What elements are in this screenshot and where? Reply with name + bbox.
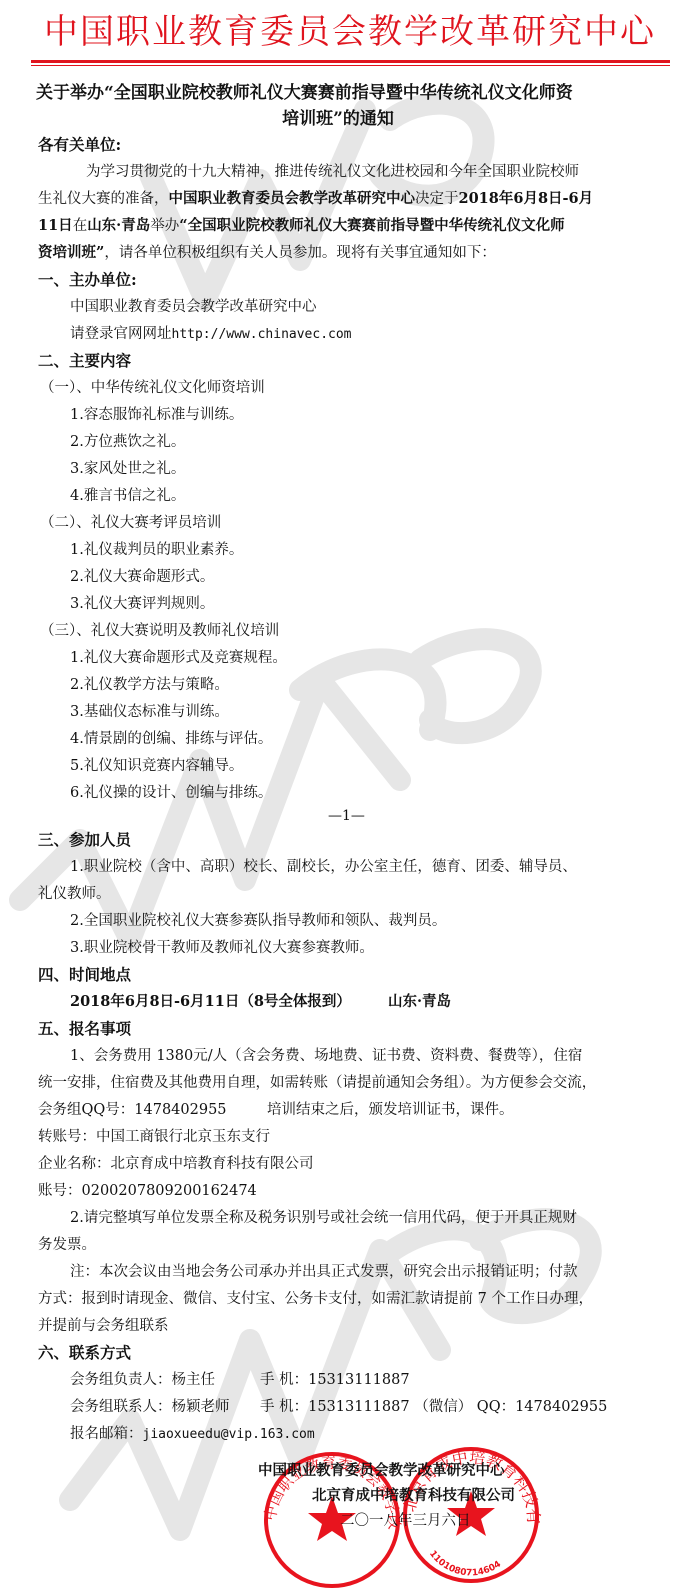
list-item: 2.礼仪大赛命题形式。 [70, 567, 214, 587]
list-item: 6.礼仪操的设计、创编与排练。 [70, 783, 272, 803]
section-contact-heading: 六、联系方式 [38, 1343, 131, 1363]
section-content-heading: 二、主要内容 [38, 351, 131, 371]
list-item: 2.礼仪教学方法与策略。 [70, 675, 229, 695]
intro-line-2: 生礼仪大赛的准备，中国职业教育委员会教学改革研究中心决定于2018年6月8日-6… [38, 189, 593, 209]
fee-line-2: 统一安排，住宿费及其他费用自理，如需转账（请提前通知会务组）。为方便参会交流， [38, 1073, 596, 1093]
masthead-organization: 中国职业教育委员会教学改革研究中心 [30, 10, 670, 54]
fee-line-3-certificate: 培训结束之后，颁发培训证书，课件。 [267, 1100, 514, 1120]
intro-event-name: 资培训班” [38, 244, 104, 261]
list-item: 5.礼仪知识竞赛内容辅导。 [70, 756, 243, 776]
title-line-2: 培训班”的通知 [36, 106, 666, 132]
event-place: 山东·青岛 [388, 992, 451, 1012]
signature-org-1: 中国职业教育委员会教学改革研究中心 [258, 1459, 505, 1480]
intro-organizer: 中国职业教育委员会教学改革研究中心 [169, 190, 416, 207]
notice-title: 关于举办“全国职业院校教师礼仪大赛赛前指导暨中华传统礼仪文化师资 培训班”的通知 [36, 80, 666, 132]
section-participants-heading: 三、参加人员 [38, 830, 131, 850]
participant-item-cont: 礼仪教师。 [38, 884, 111, 904]
intro-text: 决定于 [415, 191, 459, 207]
list-item: 4.雅言书信之礼。 [70, 486, 185, 506]
intro-text: ，请各单位积极组织有关人员参加。现将有关事宜通知如下： [104, 245, 496, 261]
page-number: —1— [328, 806, 365, 826]
intro-text: 在 [73, 218, 88, 234]
contact-1-name: 会务组负责人：杨主任 [70, 1370, 215, 1390]
participant-item: 1.职业院校（含中、高职）校长、副校长，办公室主任，德育、团委、辅导员、 [70, 857, 577, 877]
bank-name: 转账号：中国工商银行北京玉东支行 [38, 1127, 270, 1147]
intro-text: 生礼仪大赛的准备， [38, 191, 169, 207]
list-item: 3.基础仪态标准与训练。 [70, 702, 229, 722]
participant-item: 2.全国职业院校礼仪大赛参赛队指导教师和领队、裁判员。 [70, 911, 446, 931]
invoice-line-2: 务发票。 [38, 1235, 96, 1255]
website-label: 请登录官网网址 [70, 326, 172, 342]
title-line-1: 关于举办“全国职业院校教师礼仪大赛赛前指导暨中华传统礼仪文化师资 [36, 80, 666, 106]
list-item: 1.礼仪大赛命题形式及竞赛规程。 [70, 648, 287, 668]
event-date: 2018年6月8日-6月11日（8号全体报到） [70, 992, 351, 1012]
contact-2-name: 会务组联系人：杨颖老师 [70, 1397, 230, 1417]
intro-line-4: 资培训班”，请各单位积极组织有关人员参加。现将有关事宜通知如下： [38, 243, 496, 263]
list-item: 1.容态服饰礼标准与训练。 [70, 405, 243, 425]
section-organizer-heading: 一、主办单位: [38, 270, 137, 290]
intro-line-3: 11日在山东·青岛举办“全国职业院校教师礼仪大赛赛前指导暨中华传统礼仪文化师 [38, 216, 565, 236]
section-time-place-heading: 四、时间地点 [38, 965, 131, 985]
email-link[interactable]: jiaoxueedu@vip.163.com [143, 1427, 315, 1442]
masthead-divider-thick [31, 60, 670, 63]
note-line-3: 并提前与会务组联系 [38, 1316, 169, 1336]
note-line-1: 注：本次会议由当地会务公司承办并出具正式发票，研究会出示报销证明；付款 [70, 1262, 578, 1282]
subsection-3-title: （三）、礼仪大赛说明及教师礼仪培训 [40, 621, 279, 641]
section-registration-heading: 五、报名事项 [38, 1019, 131, 1039]
fee-line-3-qq: 会务组QQ号：1478402955 [38, 1100, 227, 1120]
signature-date: 二〇一八年三月六日 [340, 1509, 471, 1530]
list-item: 2.方位燕饮之礼。 [70, 432, 185, 452]
list-item: 4.情景剧的创编、排练与评估。 [70, 729, 272, 749]
salutation: 各有关单位: [38, 135, 121, 155]
intro-date: 11日 [38, 217, 73, 234]
list-item: 1.礼仪裁判员的职业素养。 [70, 540, 243, 560]
subsection-1-title: （一）、中华传统礼仪文化师资培训 [40, 378, 265, 398]
participant-item: 3.职业院校骨干教师及教师礼仪大赛参赛教师。 [70, 938, 374, 958]
intro-date: 2018年6月8日-6月 [459, 190, 594, 207]
subsection-2-title: （二）、礼仪大赛考评员培训 [40, 513, 221, 533]
list-item: 3.家风处世之礼。 [70, 459, 185, 479]
masthead-divider-thin [31, 65, 670, 66]
intro-text: 举办 [150, 218, 179, 234]
list-item: 3.礼仪大赛评判规则。 [70, 594, 214, 614]
company-name: 企业名称：北京育成中培教育科技有限公司 [38, 1154, 314, 1174]
organizer-website: 请登录官网网址http://www.chinavec.com [70, 324, 352, 345]
note-line-2: 方式：报到时请现金、微信、支付宝、公务卡支付，如需汇款请提前 7 个工作日办理， [38, 1289, 593, 1309]
signature-org-2: 北京育成中培教育科技有限公司 [312, 1484, 515, 1505]
email-label: 报名邮箱： [70, 1426, 143, 1442]
contact-1-phone: 手 机：15313111887 [260, 1370, 410, 1390]
website-link[interactable]: http://www.chinavec.com [172, 327, 352, 342]
intro-line-1: 为学习贯彻党的十九大精神，推进传统礼仪文化进校园和今年全国职业院校师 [86, 162, 579, 182]
intro-event-name: “全国职业院校教师礼仪大赛赛前指导暨中华传统礼仪文化师 [179, 217, 564, 234]
registration-email: 报名邮箱：jiaoxueedu@vip.163.com [70, 1424, 315, 1445]
intro-location: 山东·青岛 [87, 217, 150, 234]
organizer-name: 中国职业教育委员会教学改革研究中心 [70, 297, 317, 317]
account-number: 账号：0200207809200162474 [38, 1181, 257, 1201]
contact-2-phone: 手 机：15313111887 （微信） QQ：1478402955 [260, 1397, 607, 1417]
notice-document: 中国职业教育委员会教学改革研究中心 关于举办“全国职业院校教师礼仪大赛赛前指导暨… [0, 0, 700, 1594]
fee-line-1: 1、会务费用 1380元/人（含会务费、场地费、证书费、资料费、餐费等），住宿 [70, 1046, 582, 1066]
invoice-line-1: 2.请完整填写单位发票全称及税务识别号或社会统一信用代码，便于开具正规财 [70, 1208, 577, 1228]
